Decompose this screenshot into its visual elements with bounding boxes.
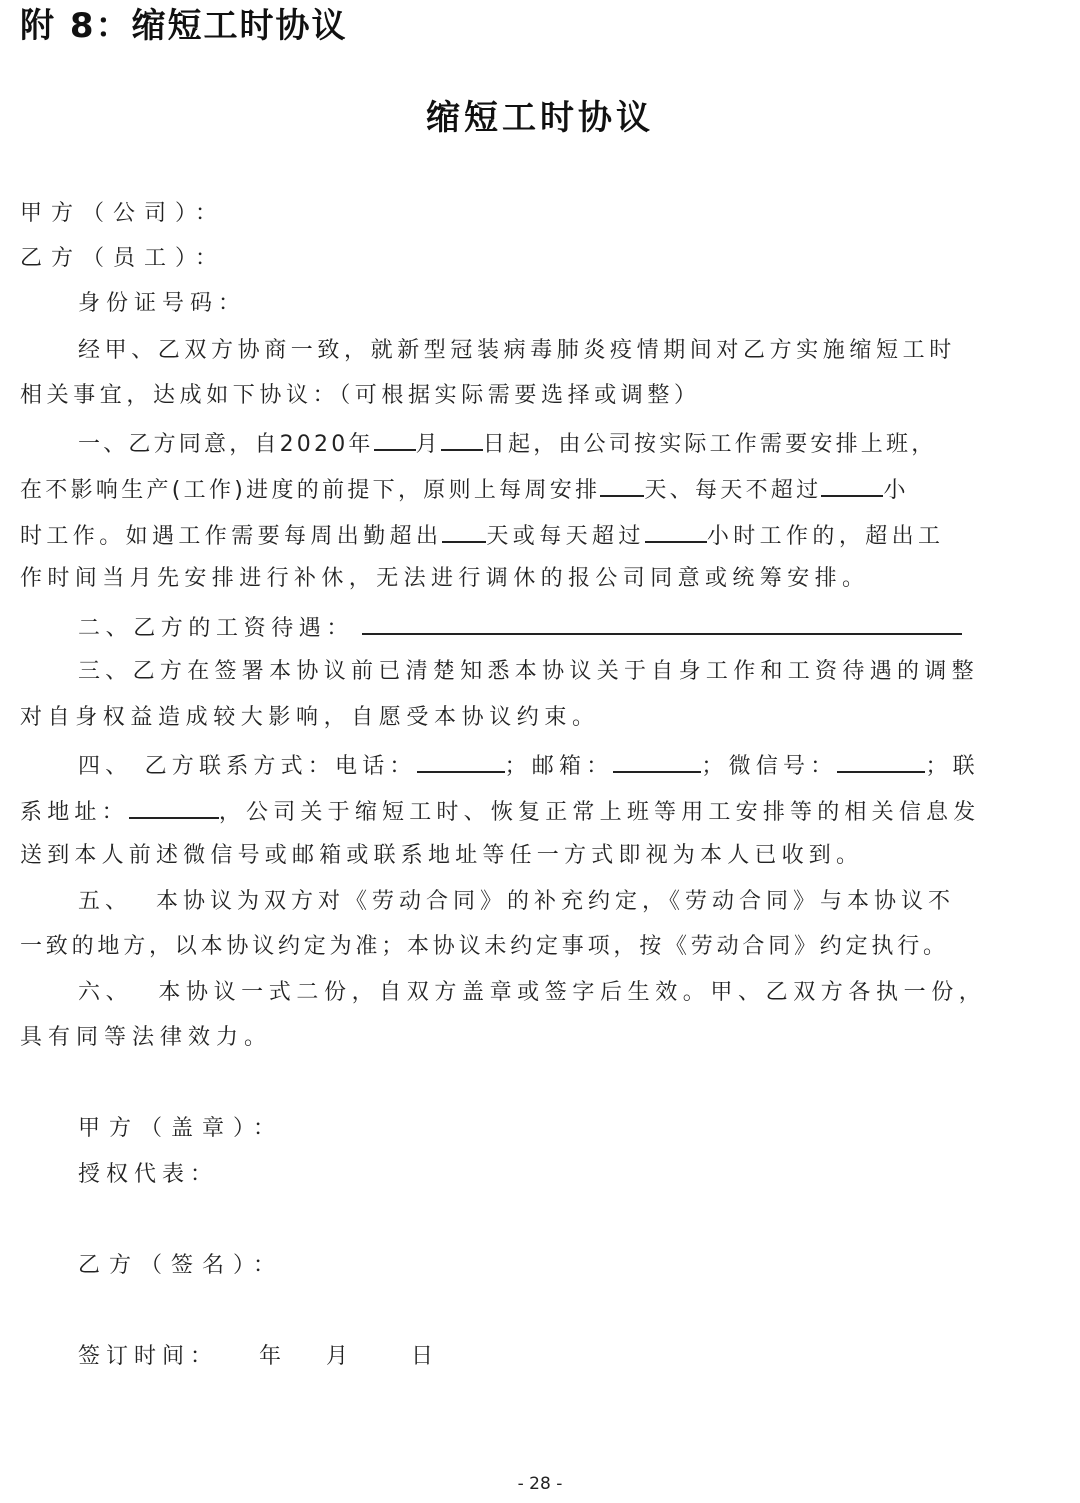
sign-date-line: 签订时间： 年 月 日: [78, 1342, 439, 1372]
preamble-line-1: 经甲、乙双方协商一致，就新型冠装病毒肺炎疫情期间对乙方实施缩短工时: [78, 336, 956, 366]
year-label: 年: [259, 1344, 287, 1369]
clause-4-line-3: 送到本人前述微信号或邮箱或联系地址等任一方式即视为本人已收到。: [20, 841, 863, 871]
clause-6-line-1: 六、 本协议一式二份，自双方盖章或签字后生效。甲、乙双方各执一份，: [78, 978, 986, 1008]
days-per-week-blank[interactable]: [600, 473, 644, 497]
authorized-rep-line: 授权代表：: [78, 1160, 218, 1190]
email-blank[interactable]: [613, 749, 701, 773]
clause-1-text: 在不影响生产(工作)进度的前提下，原则上每周安排: [20, 478, 600, 503]
party-b-sign-line: 乙方（签名）：: [78, 1251, 284, 1281]
clause-1-line-1: 一、乙方同意，自2020年月日起，由公司按实际工作需要安排上班，: [78, 427, 936, 460]
clause-1-text: 时工作。如遇工作需要每周出勤超出: [20, 524, 442, 549]
clause-4-line-1: 四、 乙方联系方式：电话：；邮箱：；微信号：；联: [78, 749, 980, 782]
clause-5-line-1: 五、 本协议为双方对《劳动合同》的补充约定，《劳动合同》与本协议不: [78, 887, 955, 917]
preamble-line-2: 相关事宜，达成如下协议：（可根据实际需要选择或调整）: [20, 381, 701, 411]
clause-1-text: 天、每天不超过: [644, 478, 821, 503]
clause-1-text: 小时工作的，超出工: [707, 524, 945, 549]
party-a-seal-line: 甲方（盖章）：: [78, 1114, 284, 1144]
clause-1-text: 日起，由公司按实际工作需要安排上班，: [483, 432, 937, 457]
clause-5-line-2: 一致的地方，以本协议约定为准；本协议未约定事项，按《劳动合同》约定执行。: [20, 932, 949, 962]
month-label: 月: [326, 1344, 354, 1369]
party-b-line: 乙方（员工）：: [20, 244, 226, 274]
month-blank[interactable]: [374, 427, 416, 451]
contact-label: ；联: [925, 754, 979, 779]
clause-4-line-2: 系地址：，公司关于缩短工时、恢复正常上班等用工安排等的相关信息发: [20, 795, 980, 828]
id-number-line: 身份证号码：: [78, 289, 246, 319]
address-label: 系地址：: [20, 800, 129, 825]
contact-label: 四、 乙方联系方式：电话：: [78, 754, 417, 779]
wechat-blank[interactable]: [837, 749, 925, 773]
attachment-heading: 附 8：缩短工时协议: [20, 4, 348, 48]
page-number: - 28 -: [0, 1474, 1080, 1494]
clause-4-text: ，公司关于缩短工时、恢复正常上班等用工安排等的相关信息发: [219, 800, 981, 825]
clause-1-text: 月: [416, 432, 441, 457]
wage-blank[interactable]: [362, 611, 962, 635]
extra-days-blank[interactable]: [442, 519, 486, 543]
clause-1-line-2: 在不影响生产(工作)进度的前提下，原则上每周安排天、每天不超过小: [20, 473, 909, 506]
clause-1-line-4: 作时间当月先安排进行补休，无法进行调休的报公司同意或统筹安排。: [20, 564, 869, 594]
address-blank[interactable]: [129, 795, 219, 819]
day-label: 日: [411, 1344, 439, 1369]
clause-3-line-2: 对自身权益造成较大影响，自愿受本协议约束。: [20, 703, 600, 733]
hours-per-day-blank[interactable]: [821, 473, 883, 497]
clause-3-line-1: 三、乙方在签署本协议前已清楚知悉本协议关于自身工作和工资待遇的调整: [78, 657, 979, 687]
document-title: 缩短工时协议: [0, 96, 1080, 140]
day-blank[interactable]: [441, 427, 483, 451]
clause-1-text: 小: [883, 478, 908, 503]
sign-date-label: 签订时间：: [78, 1344, 218, 1369]
clause-2-line: 二、乙方的工资待遇：: [78, 611, 962, 644]
clause-1-line-3: 时工作。如遇工作需要每周出勤超出天或每天超过小时工作的，超出工: [20, 519, 944, 552]
clause-1-text: 天或每天超过: [486, 524, 644, 549]
clause-6-line-2: 具有同等法律效力。: [20, 1023, 272, 1053]
clause-1-text: 一、乙方同意，自2020年: [78, 432, 374, 457]
wage-label: 二、乙方的工资待遇：: [78, 616, 354, 641]
phone-blank[interactable]: [417, 749, 505, 773]
contact-label: ；微信号：: [701, 754, 837, 779]
extra-hours-blank[interactable]: [645, 519, 707, 543]
party-a-line: 甲方（公司）：: [20, 199, 226, 229]
contact-label: ；邮箱：: [505, 754, 614, 779]
